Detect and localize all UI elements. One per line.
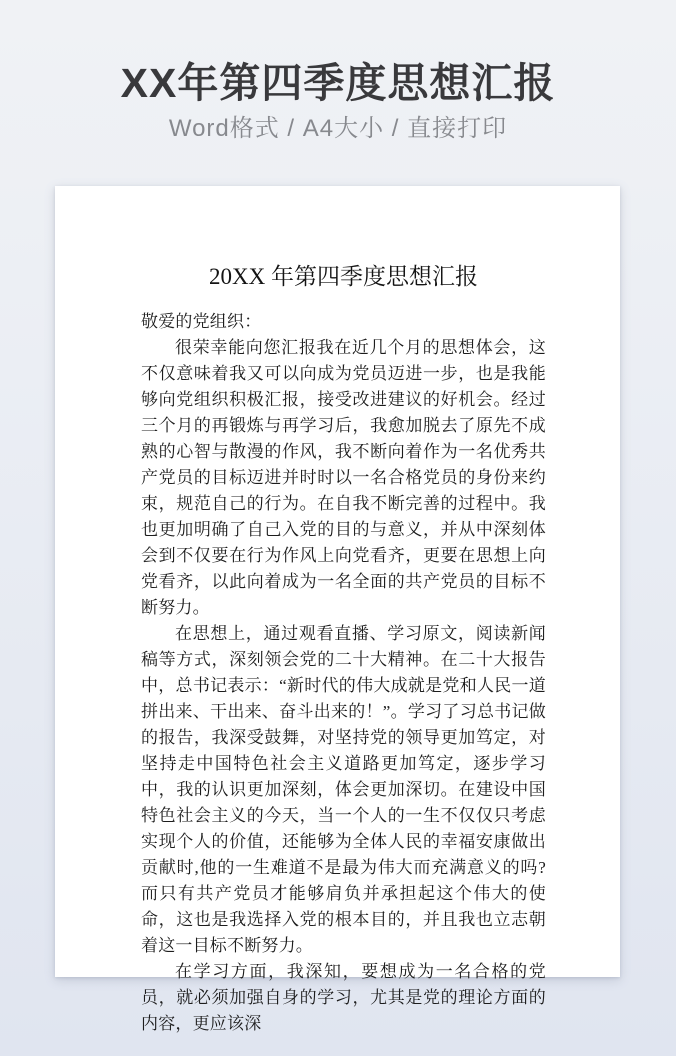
template-title: XX年第四季度思想汇报	[0, 58, 676, 108]
template-header: XX年第四季度思想汇报 Word格式 / A4大小 / 直接打印	[0, 58, 676, 144]
page-background: XX年第四季度思想汇报 Word格式 / A4大小 / 直接打印 20XX 年第…	[0, 0, 676, 1056]
document-preview-page: 20XX 年第四季度思想汇报 敬爱的党组织： 很荣幸能向您汇报我在近几个月的思想…	[55, 186, 620, 977]
document-title: 20XX 年第四季度思想汇报	[141, 262, 546, 292]
document-paragraph-1: 很荣幸能向您汇报我在近几个月的思想体会，这不仅意味着我又可以向成为党员迈进一步，…	[141, 335, 546, 621]
template-subtitle: Word格式 / A4大小 / 直接打印	[0, 114, 676, 144]
document-paragraph-3: 在学习方面，我深知，要想成为一名合格的党员，就必须加强自身的学习，尤其是党的理论…	[141, 959, 546, 1037]
document-salutation: 敬爱的党组织：	[141, 309, 546, 335]
document-paragraph-2: 在思想上，通过观看直播、学习原文，阅读新闻稿等方式，深刻领会党的二十大精神。在二…	[141, 621, 546, 959]
